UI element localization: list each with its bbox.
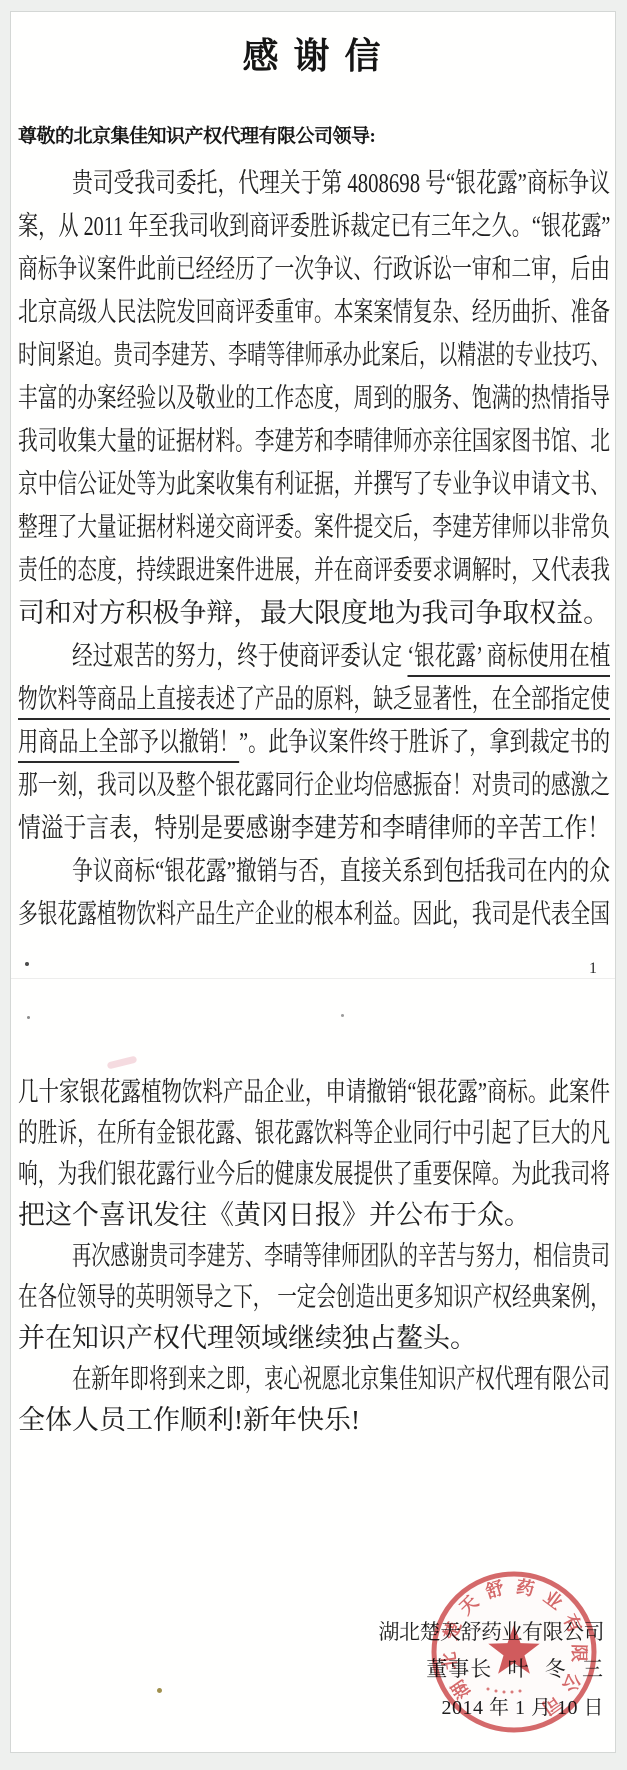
body-line: 整理了大量证据材料递交商评委。案件提交后，李建芳律师以非常负 (18, 506, 610, 549)
body-line: 司和对方积极争辩，最大限度地为我司争取权益。 (18, 592, 610, 635)
body-line: 的胜诉，在所有金银花露、银花露饮料等企业同行中引起了巨大的凡 (18, 1113, 610, 1154)
body-line: 用商品上全部予以撤销！”。此争议案件终于胜诉了，拿到裁定书的 (18, 721, 610, 764)
body-line: 多银花露植物饮料产品生产企业的根本利益。因此，我司是代表全国 (18, 893, 610, 936)
scan-speck (157, 1688, 162, 1693)
body-line: 再次感谢贵司李建芳、李晴等律师团队的辛苦与努力，相信贵司 (18, 1236, 610, 1277)
body-line: 京中信公证处等为此案收集有利证据，并撰写了专业争议申请文书、 (18, 463, 610, 506)
letter-title: 感 谢 信 (11, 28, 615, 79)
scanned-letter-page: 感 谢 信 尊敬的北京集佳知识产权代理有限公司领导: 贵司受我司委托，代理关于第… (10, 11, 616, 1753)
page-break-line (11, 978, 615, 979)
company-seal: 湖北楚天舒药业有限公司 (424, 1559, 604, 1745)
body-line: 全体人员工作顺利!新年快乐! (18, 1400, 610, 1441)
svg-text:北: 北 (438, 1651, 460, 1672)
body-line: 贵司受我司委托，代理关于第 4808698 号“银花露”商标争议 (18, 162, 610, 205)
body-line: 经过艰苦的努力，终于使商评委认定 ‘银花露’ 商标使用在植 (18, 635, 610, 678)
body-line: 我司收集大量的证据材料。李建芳和李晴律师亦亲往国家图书馆、北 (18, 420, 610, 463)
body-line: 并在知识产权代理领域继续独占鳌头。 (18, 1318, 610, 1359)
underlined-text: 用商品上全部予以撤销！ (18, 727, 239, 763)
scan-speck (25, 962, 29, 966)
underlined-text: ‘银花露’ 商标使用在植 (407, 641, 610, 677)
body-line: 丰富的办案经验以及敬业的工作态度，周到的服务、饱满的热情指导 (18, 377, 610, 420)
body-line: 在新年即将到来之即，衷心祝愿北京集佳知识产权代理有限公司 (18, 1359, 610, 1400)
scan-speck (27, 1016, 30, 1019)
scan-speck (341, 1014, 344, 1017)
body-line: 几十家银花露植物饮料产品企业，申请撤销“银花露”商标。此案件 (18, 1072, 610, 1113)
page-number: 1 (589, 960, 597, 978)
letter-body-page1: 贵司受我司委托，代理关于第 4808698 号“银花露”商标争议案，从 2011… (18, 162, 610, 936)
body-line: 物饮料等商品上直接表述了产品的原料，缺乏显著性，在全部指定使 (18, 678, 610, 721)
body-line: 响，为我们银花露行业今后的健康发展提供了重要保障。为此我司将 (18, 1154, 610, 1195)
body-line: 商标争议案件此前已经经历了一次争议、行政诉讼一审和二审，后由 (18, 248, 610, 291)
svg-text:药: 药 (515, 1577, 536, 1600)
body-line: 把这个喜讯发往《黄冈日报》并公布于众。 (18, 1195, 610, 1236)
body-line: 争议商标“银花露”撤销与否，直接关系到包括我司在内的众 (18, 850, 610, 893)
body-line: 时间紧迫。贵司李建芳、李晴等律师承办此案后，以精湛的专业技巧、 (18, 334, 610, 377)
body-line: 情溢于言表，特别是要感谢李建芳和李晴律师的辛苦工作！ (18, 807, 610, 850)
body-line: 北京高级人民法院发回商评委重审。本案案情复杂、经历曲折、准备 (18, 291, 610, 334)
ink-smudge (107, 1055, 138, 1069)
salutation: 尊敬的北京集佳知识产权代理有限公司领导: (18, 121, 375, 148)
body-line: 案，从 2011 年至我司收到商评委胜诉裁定已有三年之久。“银花露” (18, 205, 610, 248)
body-line: 那一刻，我司以及整个银花露同行企业均倍感振奋！对贵司的感激之 (18, 764, 610, 807)
underlined-text: 物饮料等商品上直接表述了产品的原料，缺乏显著性，在全部指定使 (18, 684, 610, 720)
svg-text:限: 限 (569, 1644, 589, 1662)
letter-body-page2: 几十家银花露植物饮料产品企业，申请撤销“银花露”商标。此案件的胜诉，在所有金银花… (18, 1072, 610, 1441)
body-line: 责任的态度，持续跟进案件进展，并在商评委要求调解时，又代表我 (18, 549, 610, 592)
body-line: 在各位领导的英明领导之下， 一定会创造出更多知识产权经典案例， (18, 1277, 610, 1318)
